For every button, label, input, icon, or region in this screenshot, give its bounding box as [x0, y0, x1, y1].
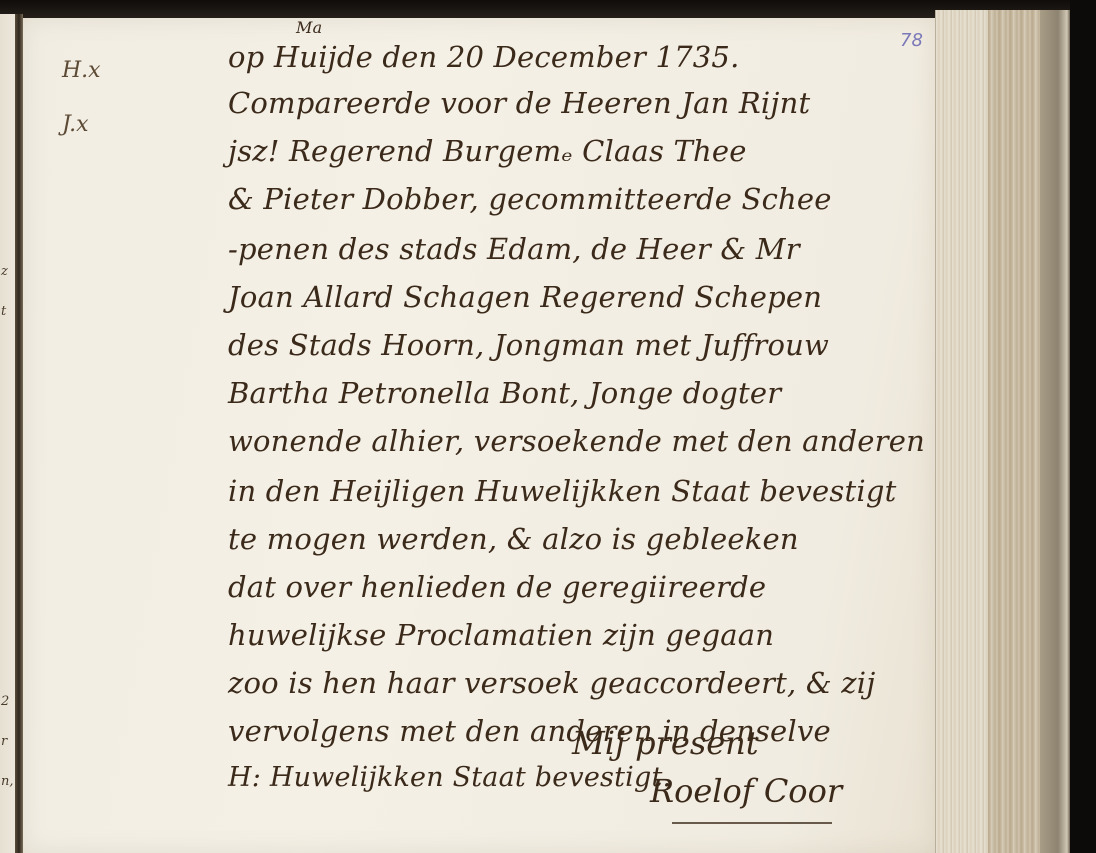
signature-underline: [672, 822, 832, 824]
margin-note-1: H.x: [62, 58, 101, 83]
text-line-2: Compareerde voor de Heeren Jan Rijnt: [228, 86, 810, 120]
text-line-7: des Stads Hoorn, Jongman met Juffrouw: [228, 328, 829, 362]
page-block-edges: [935, 10, 1056, 853]
background-edge: [1070, 0, 1096, 853]
text-line-5: -penen des stads Edam, de Heer & Mr: [228, 232, 800, 266]
text-line-9: wonende alhier, versoekende met den ande…: [228, 424, 925, 458]
text-line-6: Joan Allard Schagen Regerend Schepen: [228, 280, 822, 314]
text-line-11: te mogen werden, & alzo is gebleeken: [228, 522, 799, 556]
book-cover-edge: [1040, 10, 1070, 853]
text-line-3: jsz! Regerend Burgemₑ Claas Thee: [228, 134, 747, 168]
book-gutter: [15, 14, 23, 853]
text-line-1: op Huijde den 20 December 1735.: [228, 40, 740, 74]
text-line-4: & Pieter Dobber, gecommitteerde Schee: [228, 182, 832, 216]
signature: Roelof Coor: [650, 772, 842, 810]
text-line-13: huwelijkse Proclamatien zijn gegaan: [228, 618, 774, 652]
text-line-8: Bartha Petronella Bont, Jonge dogter: [228, 376, 781, 410]
superscript-note: Ma: [296, 18, 322, 37]
text-line-14: zoo is hen haar versoek geaccordeert, & …: [228, 666, 875, 700]
text-line-10: in den Heijligen Huwelijkken Staat beves…: [228, 474, 896, 508]
text-line-16: H: Huwelijkken Staat bevestigt.: [228, 762, 671, 793]
text-line-12: dat over henlieden de geregiireerde: [228, 570, 766, 604]
closing-text: Mij present: [572, 724, 759, 762]
margin-note-2: J.x: [62, 112, 89, 137]
folio-number: 78: [900, 30, 923, 51]
